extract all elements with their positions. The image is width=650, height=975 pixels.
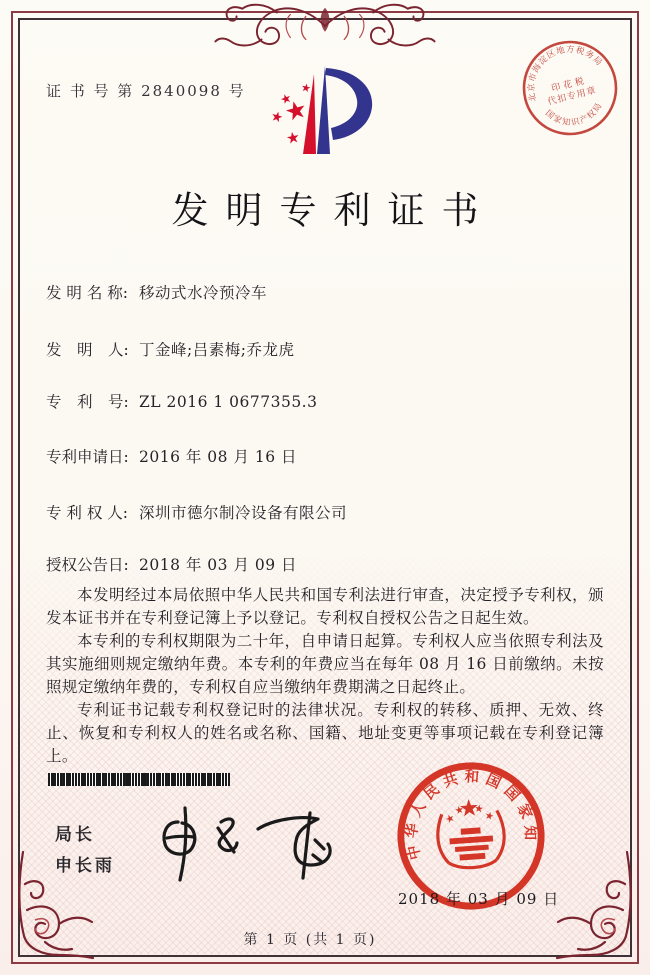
- top-flourish-ornament: [205, 1, 445, 51]
- field-value: 移动式水冷预冷车: [139, 284, 267, 302]
- tax-stamp-seal: 北京市海淀区地方税务局 印花税 代扣专用章 国家知识产权局: [509, 27, 630, 148]
- signer-title: 局长: [55, 820, 115, 851]
- field-value: ZL 2016 1 0677355.3: [139, 393, 317, 411]
- certificate-title: 发明专利证书: [0, 180, 650, 234]
- seal-date: 2018 年 03 月 09 日: [398, 888, 548, 909]
- field-value: 2016 年 08 月 16 日: [139, 448, 297, 466]
- field-patent-number: 专 利 号:ZL 2016 1 0677355.3: [46, 390, 606, 412]
- field-value: 深圳市德尔制冷设备有限公司: [139, 504, 347, 522]
- certificate-number: 证 书 号 第 2840098 号: [46, 80, 246, 101]
- field-inventors: 发 明 人:丁金峰;吕素梅;乔龙虎: [46, 338, 606, 360]
- field-invention-name: 发 明 名 称:移动式水冷预冷车: [46, 281, 606, 303]
- barcode: [48, 773, 230, 786]
- field-value: 2018 年 03 月 09 日: [139, 556, 297, 574]
- field-label: 专 利 号:: [46, 390, 130, 412]
- field-label: 专 利 权 人:: [46, 501, 130, 523]
- signer-name: 申长雨: [55, 851, 115, 882]
- legal-paragraph-2: 本专利的专利权期限为二十年，自申请日起算。专利权人应当依照专利法及其实施细则规定…: [46, 630, 604, 699]
- patent-office-logo-icon: [260, 60, 392, 166]
- field-filing-date: 专利申请日:2016 年 08 月 16 日: [46, 445, 606, 467]
- field-label: 发 明 名 称:: [46, 281, 130, 303]
- field-label: 专利申请日:: [46, 445, 130, 467]
- legal-text-block: 本发明经过本局依照中华人民共和国专利法进行审查，决定授予专利权，颁发本证书并在专…: [46, 584, 604, 768]
- field-value: 丁金峰;吕素梅;乔龙虎: [139, 341, 294, 359]
- handwritten-signature: [158, 800, 353, 885]
- field-grant-date: 授权公告日:2018 年 03 月 09 日: [46, 553, 606, 575]
- patent-certificate-page: 证 书 号 第 2840098 号 北京市海淀区地方税务局 印花税 代扣专用章 …: [0, 0, 650, 975]
- field-patentee: 专 利 权 人:深圳市德尔制冷设备有限公司: [46, 501, 606, 523]
- field-label: 授权公告日:: [46, 553, 130, 575]
- legal-paragraph-1: 本发明经过本局依照中华人民共和国专利法进行审查，决定授予专利权，颁发本证书并在专…: [46, 584, 604, 630]
- national-emblem-icon: [435, 797, 506, 870]
- field-label: 发 明 人:: [46, 338, 130, 360]
- page-footer: 第 1 页 (共 1 页): [0, 929, 620, 949]
- signer-block: 局长 申长雨: [55, 820, 115, 882]
